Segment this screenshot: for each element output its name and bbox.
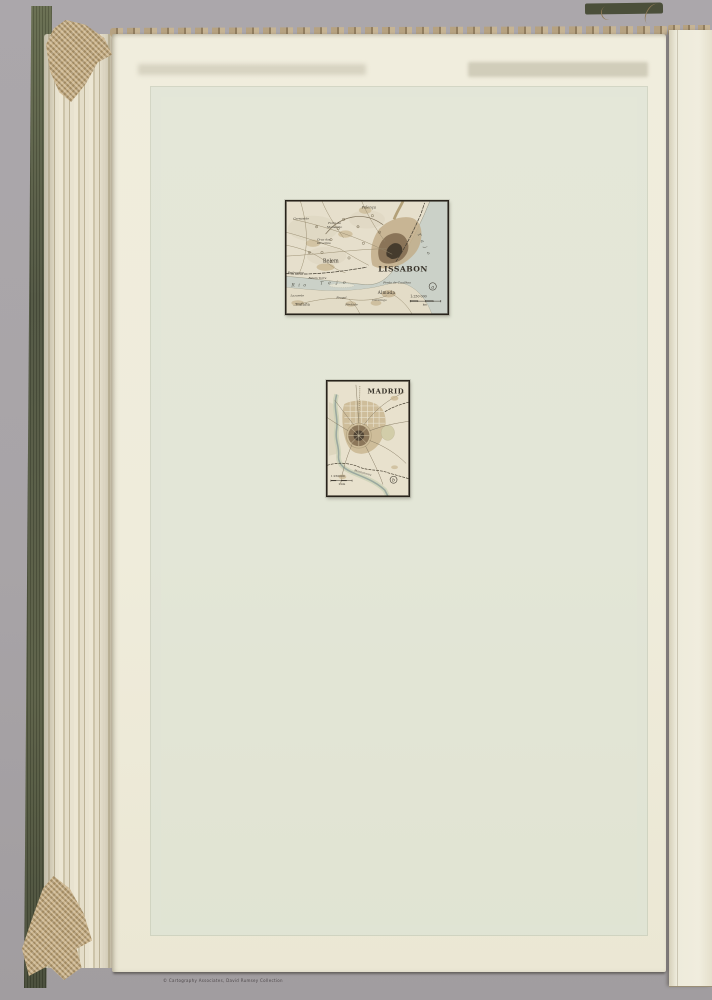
copyright-watermark: © Cartography Associates, David Rumsey C… xyxy=(163,978,283,983)
retiro-park xyxy=(381,425,395,440)
place-label: Pragal xyxy=(335,295,346,299)
madrid-map-graphic: MADRID Manzanares 1:250000 2 km b xyxy=(327,381,409,496)
river-label: Tejo xyxy=(320,279,351,286)
place-label: Pedrouços xyxy=(287,271,304,275)
lisbon-map-graphic: LISSABON Belem Palença Forte de Monsanto… xyxy=(286,201,448,314)
place-label: Caramujo xyxy=(372,298,386,302)
map-title: MADRID xyxy=(368,387,405,395)
place-label: Lazarete xyxy=(290,294,305,298)
place-label: Belem xyxy=(323,259,339,265)
verso-title-ghost xyxy=(468,62,648,77)
place-label: Almada xyxy=(377,290,396,295)
radial-streets xyxy=(348,425,369,446)
inset-letter: b xyxy=(392,479,395,484)
atlas-page: LISSABON Belem Palença Forte de Monsanto… xyxy=(112,34,666,972)
page-fore-edges xyxy=(44,34,114,968)
facing-page-edge xyxy=(669,30,712,987)
place-label: Trafaria xyxy=(295,303,311,307)
lisbon-inset-map: LISSABON Belem Palença Forte de Monsanto… xyxy=(285,200,449,315)
place-label: Carnaxide xyxy=(293,216,309,220)
place-label: Monsanto xyxy=(326,225,342,229)
scale-text: 1:250 000 xyxy=(410,294,427,298)
verso-text-ghost xyxy=(138,64,366,75)
place-label: Oliveiras xyxy=(317,241,331,245)
scale-unit: 2 km xyxy=(339,482,346,486)
madrid-inset-map: MADRID Manzanares 1:250000 2 km b xyxy=(326,380,410,497)
map-title: LISSABON xyxy=(378,265,428,274)
scale-text: 1:250000 xyxy=(331,474,345,478)
river-label: Rio xyxy=(290,282,309,288)
place-label: Piedade xyxy=(344,303,358,307)
scanned-atlas-page: { "lisbon": { "title": "LISSABON", "inse… xyxy=(0,0,712,1000)
place-label: Palença xyxy=(361,205,376,209)
place-label: Ponta de Cacilhas xyxy=(382,281,411,285)
inset-letter: a xyxy=(431,285,434,290)
scale-unit: km xyxy=(423,303,428,307)
place-label: Belem Torre xyxy=(308,276,327,280)
